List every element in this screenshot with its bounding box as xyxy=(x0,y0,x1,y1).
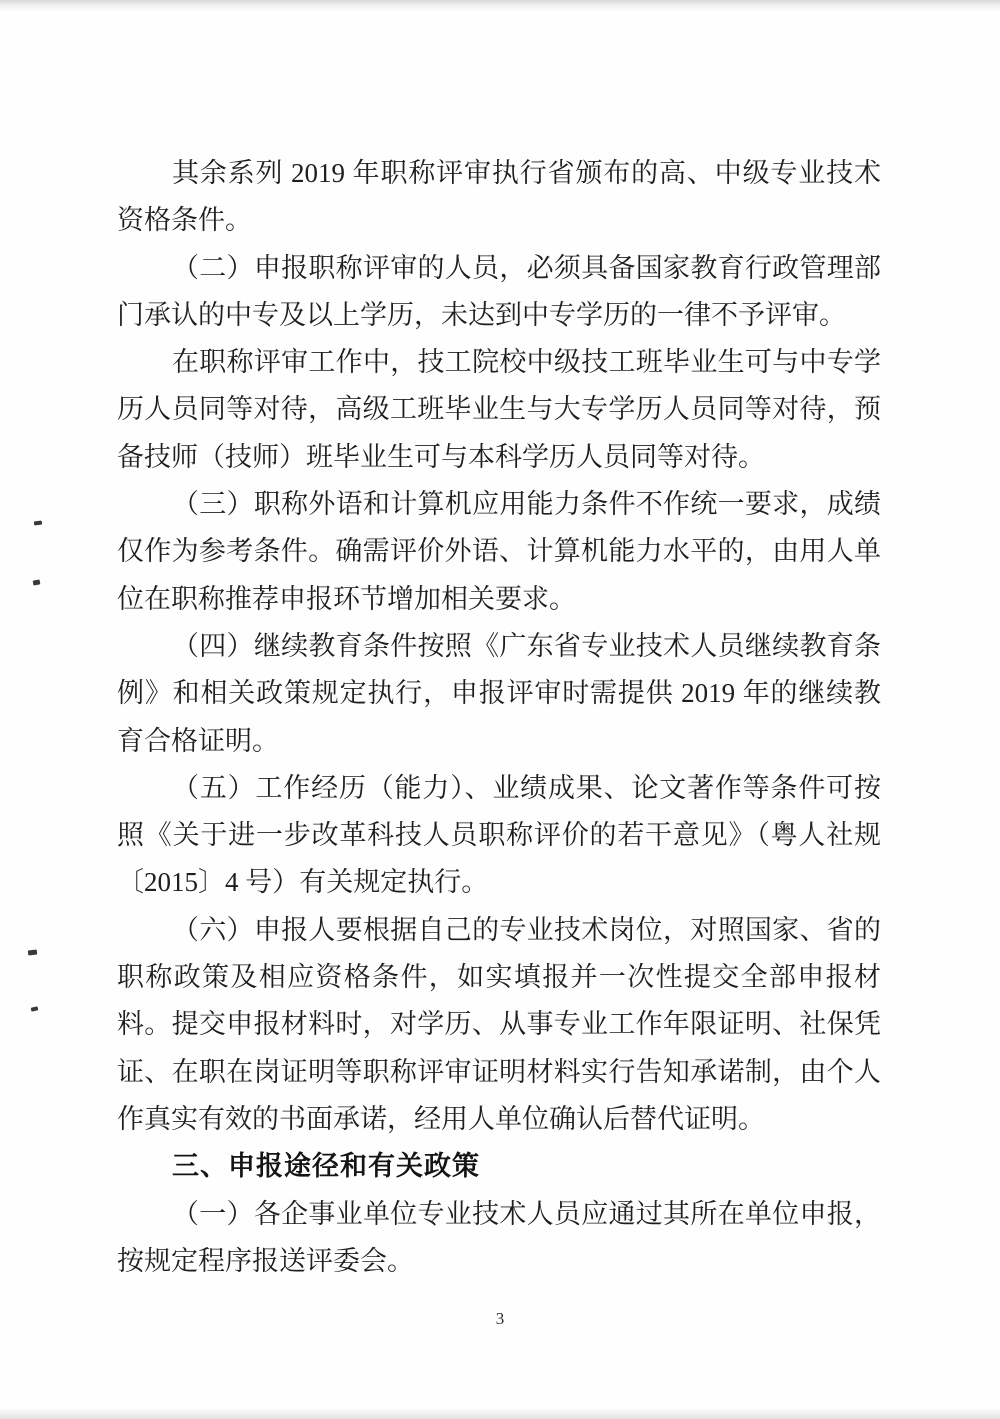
text-line: 三、申报途径和有关政策 xyxy=(117,1143,881,1190)
text-line: （四）继续教育条件按照《广东省专业技术人员继续教育条 xyxy=(117,623,881,670)
text-line: （六）申报人要根据自己的专业技术岗位，对照国家、省的 xyxy=(117,907,881,954)
text-line: 资格条件。 xyxy=(117,197,881,244)
scanned-document-page: 其余系列 2019 年职称评审执行省颁布的高、中级专业技术资格条件。（二）申报职… xyxy=(0,0,1000,1419)
page-number: 3 xyxy=(0,1308,1000,1330)
paragraph: （一）各企事业单位专业技术人员应通过其所在单位申报，按规定程序报送评委会。 xyxy=(117,1191,881,1286)
text-line: 育合格证明。 xyxy=(117,718,881,765)
text-line: 照《关于进一步改革科技人员职称评价的若干意见》（粤人社规 xyxy=(117,812,881,859)
text-line: （一）各企事业单位专业技术人员应通过其所在单位申报， xyxy=(117,1191,881,1238)
paragraph: （六）申报人要根据自己的专业技术岗位，对照国家、省的职称政策及相应资格条件，如实… xyxy=(117,907,881,1143)
text-line: 备技师（技师）班毕业生可与本科学历人员同等对待。 xyxy=(117,434,881,481)
paragraph: 其余系列 2019 年职称评审执行省颁布的高、中级专业技术资格条件。 xyxy=(117,150,881,245)
paragraph: （五）工作经历（能力）、业绩成果、论文著作等条件可按照《关于进一步改革科技人员职… xyxy=(117,765,881,907)
text-line: 按规定程序报送评委会。 xyxy=(117,1238,881,1285)
paragraph: 在职称评审工作中，技工院校中级技工班毕业生可与中专学历人员同等对待，高级工班毕业… xyxy=(117,339,881,481)
text-line: 历人员同等对待，高级工班毕业生与大专学历人员同等对待，预 xyxy=(117,386,881,433)
text-line: （五）工作经历（能力）、业绩成果、论文著作等条件可按 xyxy=(117,765,881,812)
text-line: 料。提交申报材料时，对学历、从事专业工作年限证明、社保凭 xyxy=(117,1001,881,1048)
ink-speck xyxy=(31,1006,39,1011)
text-line: 其余系列 2019 年职称评审执行省颁布的高、中级专业技术 xyxy=(117,150,881,197)
ink-speck xyxy=(28,950,37,956)
text-line: 在职称评审工作中，技工院校中级技工班毕业生可与中专学 xyxy=(117,339,881,386)
scan-edge-band-top xyxy=(0,0,1000,12)
text-line: 位在职称推荐申报环节增加相关要求。 xyxy=(117,576,881,623)
scan-edge-band-bottom xyxy=(0,1407,1000,1419)
text-line: （三）职称外语和计算机应用能力条件不作统一要求，成绩 xyxy=(117,481,881,528)
text-line: 仅作为参考条件。确需评价外语、计算机能力水平的，由用人单 xyxy=(117,528,881,575)
text-line: 证、在职在岗证明等职称评审证明材料实行告知承诺制，由个人 xyxy=(117,1049,881,1096)
text-line: 〔2015〕4 号）有关规定执行。 xyxy=(117,859,881,906)
text-line: 职称政策及相应资格条件，如实填报并一次性提交全部申报材 xyxy=(117,954,881,1001)
paragraph: （四）继续教育条件按照《广东省专业技术人员继续教育条例》和相关政策规定执行，申报… xyxy=(117,623,881,765)
text-line: 例》和相关政策规定执行，申报评审时需提供 2019 年的继续教 xyxy=(117,670,881,717)
text-line: 作真实有效的书面承诺，经用人单位确认后替代证明。 xyxy=(117,1096,881,1143)
section-heading: 三、申报途径和有关政策 xyxy=(117,1143,881,1190)
paragraph: （二）申报职称评审的人员，必须具备国家教育行政管理部门承认的中专及以上学历，未达… xyxy=(117,245,881,340)
text-line: （二）申报职称评审的人员，必须具备国家教育行政管理部 xyxy=(117,245,881,292)
document-body: 其余系列 2019 年职称评审执行省颁布的高、中级专业技术资格条件。（二）申报职… xyxy=(117,150,881,1285)
ink-speck xyxy=(33,579,41,585)
paragraph: （三）职称外语和计算机应用能力条件不作统一要求，成绩仅作为参考条件。确需评价外语… xyxy=(117,481,881,623)
ink-speck xyxy=(34,520,42,525)
text-line: 门承认的中专及以上学历，未达到中专学历的一律不予评审。 xyxy=(117,292,881,339)
